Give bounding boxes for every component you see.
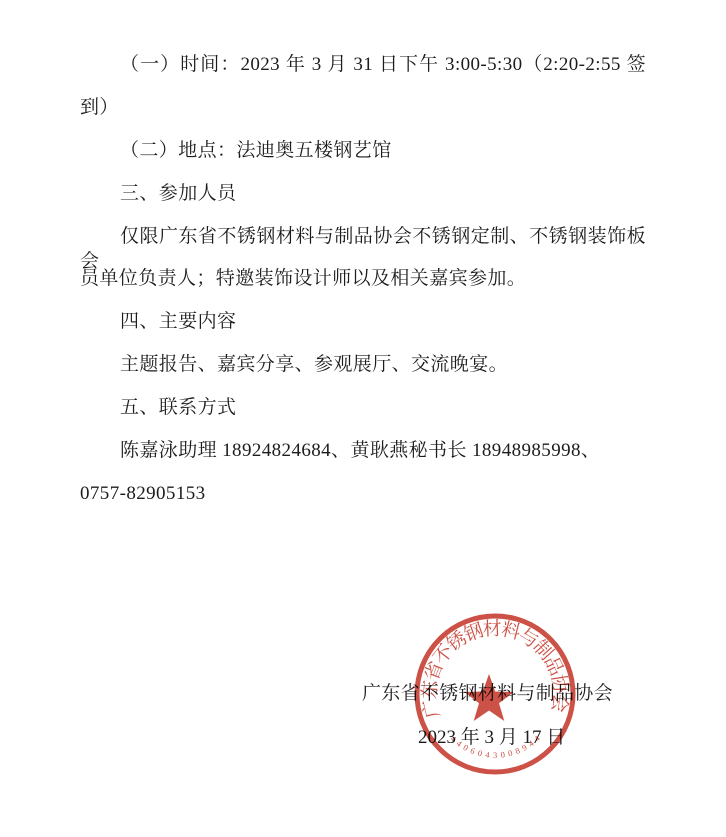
signature-date: 2023 年 3 月 17 日 bbox=[418, 725, 565, 750]
doc-line: 仅限广东省不锈钢材料与制品协会不锈钢定制、不锈钢装饰板会 bbox=[80, 224, 646, 267]
signature-org: 广东省不锈钢材料与制品协会 bbox=[362, 681, 613, 706]
doc-line: 到） bbox=[80, 95, 646, 138]
doc-line: （一）时间：2023 年 3 月 31 日下午 3:00-5:30（2:20-2… bbox=[80, 52, 646, 95]
doc-line: 陈嘉泳助理 18924824684、黄耿燕秘书长 18948985998、 bbox=[80, 438, 646, 481]
document-body: （一）时间：2023 年 3 月 31 日下午 3:00-5:30（2:20-2… bbox=[80, 52, 646, 524]
doc-line: 员单位负责人；特邀装饰设计师以及相关嘉宾参加。 bbox=[80, 266, 646, 309]
document-page: （一）时间：2023 年 3 月 31 日下午 3:00-5:30（2:20-2… bbox=[0, 0, 726, 837]
doc-line: 0757-82905153 bbox=[80, 481, 646, 524]
doc-line: 三、参加人员 bbox=[80, 181, 646, 224]
doc-line: 四、主要内容 bbox=[80, 309, 646, 352]
doc-line: （二）地点：法迪奥五楼钢艺馆 bbox=[80, 138, 646, 181]
doc-line: 五、联系方式 bbox=[80, 395, 646, 438]
doc-line: 主题报告、嘉宾分享、参观展厅、交流晚宴。 bbox=[80, 352, 646, 395]
